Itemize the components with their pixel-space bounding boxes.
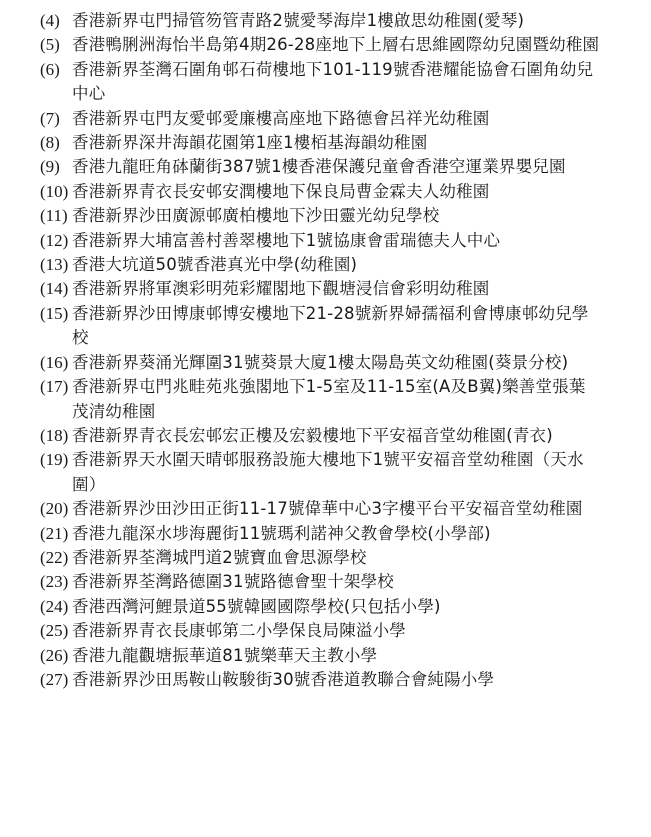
item-number: (19) xyxy=(40,448,72,497)
list-item: (23)香港新界荃灣路德圍31號路德會聖十架學校 xyxy=(40,570,600,594)
item-address-text: 香港新界屯門掃管笏管青路2號愛琴海岸1樓啟思幼稚園(愛琴) xyxy=(72,9,600,33)
item-address-text: 香港新界沙田沙田正街11-17號偉華中心3字樓平台平安福音堂幼稚園 xyxy=(72,497,600,521)
item-number: (27) xyxy=(40,668,72,692)
item-number: (12) xyxy=(40,229,72,253)
item-number: (11) xyxy=(40,204,72,228)
item-number: (26) xyxy=(40,644,72,668)
list-item: (22)香港新界荃灣城門道2號寶血會思源學校 xyxy=(40,546,600,570)
list-item: (17)香港新界屯門兆畦苑兆強閣地下1-5室及11-15室(A及B翼)樂善堂張葉… xyxy=(40,375,600,424)
item-number: (21) xyxy=(40,522,72,546)
item-address-text: 香港西灣河鯉景道55號韓國國際學校(只包括小學) xyxy=(72,595,600,619)
list-item: (14)香港新界將軍澳彩明苑彩耀閣地下觀塘浸信會彩明幼稚園 xyxy=(40,277,600,301)
list-item: (18)香港新界青衣長宏邨宏正樓及宏毅樓地下平安福音堂幼稚園(青衣) xyxy=(40,424,600,448)
list-item: (21)香港九龍深水埗海麗街11號瑪利諾神父教會學校(小學部) xyxy=(40,522,600,546)
list-item: (7)香港新界屯門友愛邨愛廉樓高座地下路德會呂祥光幼稚園 xyxy=(40,107,600,131)
list-item: (15)香港新界沙田博康邨博安樓地下21-28號新界婦孺福利會博康邨幼兒學校 xyxy=(40,302,600,351)
item-address-text: 香港新界青衣長宏邨宏正樓及宏毅樓地下平安福音堂幼稚園(青衣) xyxy=(72,424,600,448)
item-address-text: 香港九龍旺角砵蘭街387號1樓香港保護兒童會香港空運業界嬰兒園 xyxy=(72,155,600,179)
item-number: (14) xyxy=(40,277,72,301)
item-address-text: 香港新界深井海韻花園第1座1樓栢基海韻幼稚園 xyxy=(72,131,600,155)
item-address-text: 香港新界荃灣石圍角邨石荷樓地下101-119號香港耀能協會石圍角幼兒中心 xyxy=(72,58,600,107)
list-item: (10)香港新界青衣長安邨安潤樓地下保良局曹金霖夫人幼稚園 xyxy=(40,180,600,204)
item-number: (4) xyxy=(40,9,72,33)
item-number: (5) xyxy=(40,33,72,57)
item-number: (16) xyxy=(40,351,72,375)
item-address-text: 香港九龍觀塘振華道81號樂華天主教小學 xyxy=(72,644,600,668)
item-number: (22) xyxy=(40,546,72,570)
list-item: (8)香港新界深井海韻花園第1座1樓栢基海韻幼稚園 xyxy=(40,131,600,155)
item-address-text: 香港新界天水圍天晴邨服務設施大樓地下1號平安福音堂幼稚園（天水圍） xyxy=(72,448,600,497)
list-item: (25)香港新界青衣長康邨第二小學保良局陳溢小學 xyxy=(40,619,600,643)
list-item: (9)香港九龍旺角砵蘭街387號1樓香港保護兒童會香港空運業界嬰兒園 xyxy=(40,155,600,179)
list-item: (5)香港鴨脷洲海怡半島第4期26-28座地下上層右思維國際幼兒園暨幼稚園 xyxy=(40,33,600,57)
item-address-text: 香港新界屯門兆畦苑兆強閣地下1-5室及11-15室(A及B翼)樂善堂張葉茂清幼稚… xyxy=(72,375,600,424)
item-number: (13) xyxy=(40,253,72,277)
item-address-text: 香港新界葵涌光輝圍31號葵景大廈1樓太陽島英文幼稚園(葵景分校) xyxy=(72,351,600,375)
item-address-text: 香港新界青衣長康邨第二小學保良局陳溢小學 xyxy=(72,619,600,643)
item-address-text: 香港九龍深水埗海麗街11號瑪利諾神父教會學校(小學部) xyxy=(72,522,600,546)
list-item: (26)香港九龍觀塘振華道81號樂華天主教小學 xyxy=(40,644,600,668)
item-number: (8) xyxy=(40,131,72,155)
item-address-text: 香港新界屯門友愛邨愛廉樓高座地下路德會呂祥光幼稚園 xyxy=(72,107,600,131)
item-address-text: 香港新界青衣長安邨安潤樓地下保良局曹金霖夫人幼稚園 xyxy=(72,180,600,204)
item-number: (23) xyxy=(40,570,72,594)
item-address-text: 香港新界沙田博康邨博安樓地下21-28號新界婦孺福利會博康邨幼兒學校 xyxy=(72,302,600,351)
item-address-text: 香港大坑道50號香港真光中學(幼稚園) xyxy=(72,253,600,277)
item-address-text: 香港新界大埔富善村善翠樓地下1號協康會雷瑞德夫人中心 xyxy=(72,229,600,253)
list-item: (19)香港新界天水圍天晴邨服務設施大樓地下1號平安福音堂幼稚園（天水圍） xyxy=(40,448,600,497)
item-number: (15) xyxy=(40,302,72,351)
list-item: (4)香港新界屯門掃管笏管青路2號愛琴海岸1樓啟思幼稚園(愛琴) xyxy=(40,9,600,33)
item-number: (9) xyxy=(40,155,72,179)
item-number: (25) xyxy=(40,619,72,643)
item-address-text: 香港鴨脷洲海怡半島第4期26-28座地下上層右思維國際幼兒園暨幼稚園 xyxy=(72,33,600,57)
item-number: (10) xyxy=(40,180,72,204)
list-item: (13)香港大坑道50號香港真光中學(幼稚園) xyxy=(40,253,600,277)
list-item: (12)香港新界大埔富善村善翠樓地下1號協康會雷瑞德夫人中心 xyxy=(40,229,600,253)
item-number: (20) xyxy=(40,497,72,521)
list-item: (24)香港西灣河鯉景道55號韓國國際學校(只包括小學) xyxy=(40,595,600,619)
item-address-text: 香港新界沙田廣源邨廣柏樓地下沙田靈光幼兒學校 xyxy=(72,204,600,228)
item-number: (6) xyxy=(40,58,72,107)
item-number: (18) xyxy=(40,424,72,448)
list-item: (11)香港新界沙田廣源邨廣柏樓地下沙田靈光幼兒學校 xyxy=(40,204,600,228)
item-number: (17) xyxy=(40,375,72,424)
school-address-list: (4)香港新界屯門掃管笏管青路2號愛琴海岸1樓啟思幼稚園(愛琴)(5)香港鴨脷洲… xyxy=(40,9,600,692)
item-address-text: 香港新界荃灣路德圍31號路德會聖十架學校 xyxy=(72,570,600,594)
list-item: (27)香港新界沙田馬鞍山鞍駿街30號香港道教聯合會純陽小學 xyxy=(40,668,600,692)
item-address-text: 香港新界將軍澳彩明苑彩耀閣地下觀塘浸信會彩明幼稚園 xyxy=(72,277,600,301)
list-item: (6)香港新界荃灣石圍角邨石荷樓地下101-119號香港耀能協會石圍角幼兒中心 xyxy=(40,58,600,107)
item-number: (7) xyxy=(40,107,72,131)
item-address-text: 香港新界沙田馬鞍山鞍駿街30號香港道教聯合會純陽小學 xyxy=(72,668,600,692)
list-item: (16)香港新界葵涌光輝圍31號葵景大廈1樓太陽島英文幼稚園(葵景分校) xyxy=(40,351,600,375)
list-item: (20)香港新界沙田沙田正街11-17號偉華中心3字樓平台平安福音堂幼稚園 xyxy=(40,497,600,521)
item-number: (24) xyxy=(40,595,72,619)
item-address-text: 香港新界荃灣城門道2號寶血會思源學校 xyxy=(72,546,600,570)
